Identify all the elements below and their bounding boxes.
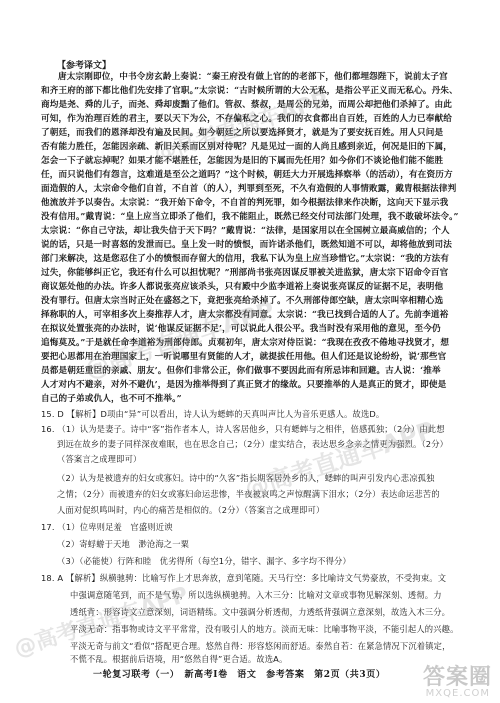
translation-line: 择称职的人，可宰相多次上奏推荐人才，唐太宗都没有同意。太宗说：“我已找到合适的人… [41,309,461,321]
translation-line: 了朝廷，而我们的恩泽却没有遍及民间。如今朝廷之所以要选择贤才，就是为了要安抚百姓… [41,127,461,139]
translation-line: 追悔莫及。”于是就任命李道裕为刑部侍郎。贞观初年，唐太宗对侍臣说：“我现在孜孜不… [41,337,461,349]
translation-line: 没有信用。”戴胄说：“皇上应当立即杀了他们，我不能阻止，既然已经交付司法部门处理… [41,211,461,223]
answer-q16-line: 人面对促织鸣叫时，内心的痛苦是相似的。（2分）（答案言之成理即可） [57,504,462,516]
translation-line: 人才对内不避亲，对外不避仇’，是因为推举得到了真正贤才的缘故。只要推举的人是真正… [41,379,461,391]
translation-line: 怎会一下子就忘掉呢？如果才能不堪胜任，怎能因为是旧的下属而先任用？如今你们不谈论… [41,155,461,167]
answer-q18-line: 透纸背：形容诗文立意深刻，词语精练。文中强调分析透彻，力透纸背强调立意深刻，故选… [70,606,462,618]
answer-q16-line: 到远在故乡的妻子同样深夜难眠，也在思念自己；（2分）虚实结合，表达思乡念亲之情更… [57,438,462,450]
translation-line: 在拟议处置张亮的办法时，说‘他谋反证据不足’，可以说此人很公平。我当时没有采用他… [41,323,461,335]
answer-q18-line: 18. A 【解析】纵横驰骋：比喻写作上才思奔放，意到笔随。天马行空：多比喻诗文… [41,572,461,584]
translation-line: 要把心思都用在治理国家上，一听说哪里有贤能的人才，就提拔任用他。但人们还是议论纷… [41,351,461,363]
page-footer: 一轮复习联考（一） 新高考Ⅰ卷 语文 参考答案 第2页（共3页） [93,667,385,680]
translation-line: 没有罪行。但唐太宗当时正处在盛怒之下，竟把张亮给杀掉了。不久刑部侍郎空缺，唐太宗… [41,295,461,307]
translation-line: 面造假的人，太宗命令他们自首，不自首（的人），判罪到至死，不久有造假的人事情败露… [41,183,461,195]
answer-q17-line: （3）（必能使）行阵和睦 优劣得所（每空1分，错字、漏字、多字均不得分） [57,555,462,567]
answer-q18-line: 中强调意随笔到，而不是气势，所以选纵横驰骋。入木三分：比喻对文章或事物见解深刻、… [70,589,462,601]
translation-line: 说的话，只是一时喜怒的发泄而已。皇上发一时的愤恨，而许诺杀他们，既然知道不可以，… [41,239,461,251]
answer-q17-line: （2）寄蜉蝣于天地 渺沧海之一粟 [57,538,462,550]
translation-line: 和齐王府的部下都比他们先安排了官职。”太宗说：“古时候所谓的大公无私，是指公平正… [41,85,461,97]
translation-line: 员都是朝廷重臣的亲戚、朋友’。但你们非常公正，你们做事不要因此而有所忌讳和回避。… [41,365,461,377]
answer-q16-line: （答案言之成理即可） [57,453,462,465]
translation-line: 任，而只说他们有怨言，这难道是至公之道吗？”这个时候，朝廷大力开展选择察举（的活… [41,169,461,181]
translation-line: 他流放并予以奏告。太宗说：“我开始下命令，不自首的判死罪，如今根据法律来作决断，… [41,197,461,209]
answer-q16-line: 16. （1）认为是妻子。诗中“客”指作者本人，诗人客居他乡，只有蟋蟀与之相伴，… [41,423,461,435]
translation-line: 否有能力胜任，怎能因亲疏、新旧关系而区别对待呢？凡是见过一面的人尚且感到亲近，何… [41,141,461,153]
translation-line: 唐太宗刚即位，中书令房玄龄上奏说：“秦王府没有做上官的的老部下，他们都埋怨陛下，… [58,71,478,83]
translation-line: 可知，作为治理百姓的君主，要以天下为公，不存偏私之心。我们的衣食都出自百姓，百姓… [41,113,461,125]
answer-q18-line: 平淡无奇：指事物或诗文平平常常，没有吸引人的地方。淡而无味：比喻事物平淡，不能引… [70,623,462,635]
answer-q18-line: 平淡无奇与前文“看似”搭配更合理。悠然自得：形容悠闲而舒适。泰然自若：在紧急情况… [70,640,462,652]
answer-q17-line: 17. （1）位卑则足羞 官盛则近谀 [41,521,461,533]
translation-line: 商均是尧、舜的儿子，而尧、舜却废黜了他们。管叔、蔡叔，是周公的兄弟，而周公却把他… [41,99,461,111]
translation-line: 太宗说：“你自己守法，却让我失信于天下吗？”戴胄说：“法律，是国家用以在全国树立… [41,225,461,237]
translation-line: 过失，你能够纠正它，我还有什么可以担忧呢？”刑部尚书张亮因谋反罪被关进监狱，唐太… [41,267,461,279]
answer-key-page: 【参考译文】 唐太宗刚即位，中书令房玄龄上奏说：“秦王府没有做上官的的老部下，他… [0,0,500,703]
answer-q16-line: （2）认为是被遗弃的妇女或寡妇。诗中的“久客”指长期客居外乡的人，蟋蟀的叫声引发… [57,472,462,484]
watermark-url: MXQE.COM [426,688,490,699]
translation-line: 商议惩处他的办法。许多人都说张亮应该杀头，只有殿中少监李道裕上奏说张亮谋反的证据… [41,281,461,293]
translation-line: 部门来解决，这是您忍住了小的愤恨而存留大的信用，我私下认为皇上应当珍惜它。”太宗… [41,253,461,265]
translation-line: 自己的子弟或仇人，也不可不推举。” [41,393,461,405]
answer-q15: 15. D 【解析】D项由“异”可以看出，诗人认为蟋蟀的天真叫声比人为音乐更感人… [41,408,461,420]
section-heading: 【参考译文】 [57,58,111,71]
answer-q16-line: 之情；（2分）而被遗弃的妇女或寡妇命运悲惨，半夜被哀鸣之声惊醒满下泪水；（2分）… [57,488,462,500]
answer-q18-line: 不慌不乱。根据前后语境，用“悠然自得”更合适。故选A。 [70,653,462,665]
